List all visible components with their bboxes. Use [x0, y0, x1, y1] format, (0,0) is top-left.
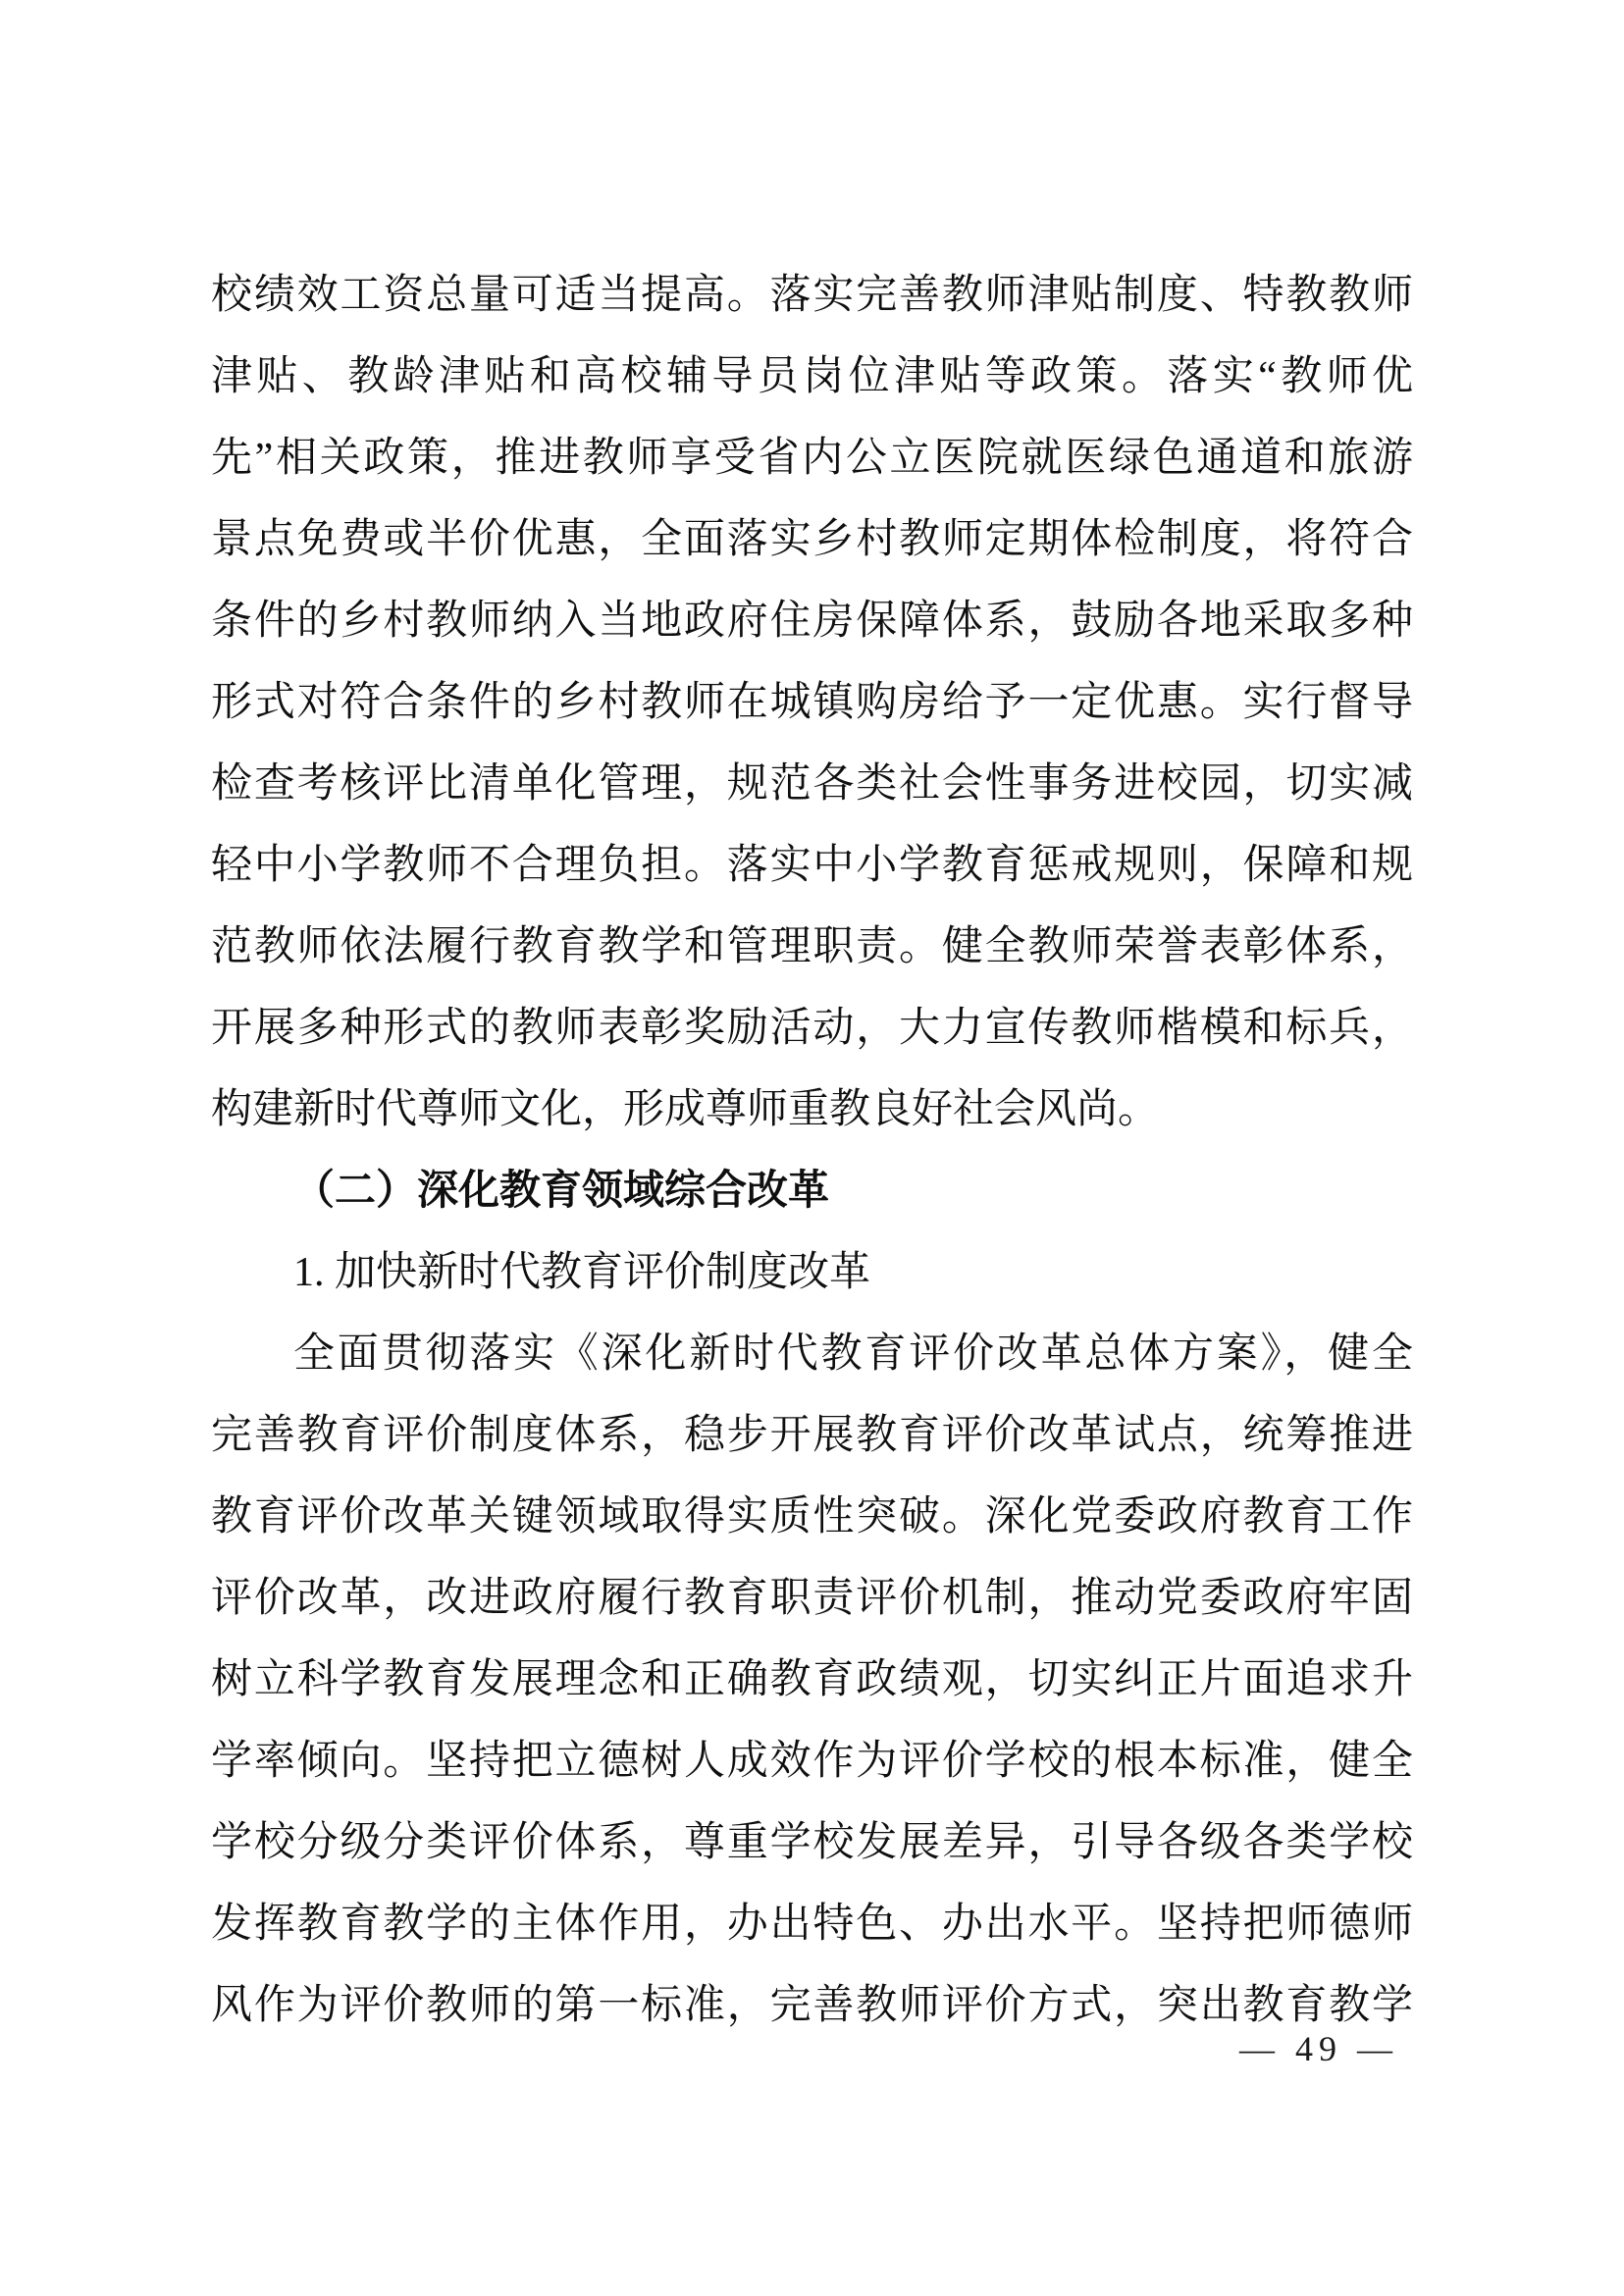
- numbered-item: 1. 加快新时代教育评价制度改革: [211, 1232, 1413, 1314]
- body-line: 全面贯彻落实《深化新时代教育评价改革总体方案》，健全: [211, 1314, 1413, 1395]
- body-line: 风作为评价教师的第一标准，完善教师评价方式，突出教育教学: [211, 1965, 1413, 2047]
- body-line: 条件的乡村教师纳入当地政府住房保障体系，鼓励各地采取多种: [211, 581, 1413, 662]
- body-line: 发挥教育教学的主体作用，办出特色、办出水平。坚持把师德师: [211, 1884, 1413, 1965]
- page-number: — 49 —: [1239, 2029, 1398, 2068]
- body-line: 教育评价改革关键领域取得实质性突破。深化党委政府教育工作: [211, 1477, 1413, 1558]
- body-line: 开展多种形式的教师表彰奖励活动，大力宣传教师楷模和标兵，: [211, 988, 1413, 1070]
- body-line: 检查考核评比清单化管理，规范各类社会性事务进校园，切实减: [211, 744, 1413, 825]
- body-line: 景点免费或半价优惠，全面落实乡村教师定期体检制度，将符合: [211, 499, 1413, 581]
- body-line: 构建新时代尊师文化，形成尊师重教良好社会风尚。: [211, 1070, 1413, 1151]
- body-line: 范教师依法履行教育教学和管理职责。健全教师荣誉表彰体系，: [211, 907, 1413, 988]
- body-line: 完善教育评价制度体系，稳步开展教育评价改革试点，统筹推进: [211, 1395, 1413, 1477]
- body-line: 形式对符合条件的乡村教师在城镇购房给予一定优惠。实行督导: [211, 662, 1413, 744]
- body-line: 先”相关政策，推进教师享受省内公立医院就医绿色通道和旅游: [211, 418, 1413, 499]
- section-heading: （二）深化教育领域综合改革: [211, 1151, 1413, 1232]
- body-line: 学校分级分类评价体系，尊重学校发展差异，引导各级各类学校: [211, 1802, 1413, 1884]
- document-body: 校绩效工资总量可适当提高。落实完善教师津贴制度、特教教师 津贴、教龄津贴和高校辅…: [211, 255, 1413, 2047]
- body-line: 树立科学教育发展理念和正确教育政绩观，切实纠正片面追求升: [211, 1640, 1413, 1721]
- body-line: 校绩效工资总量可适当提高。落实完善教师津贴制度、特教教师: [211, 255, 1413, 337]
- document-page: 校绩效工资总量可适当提高。落实完善教师津贴制度、特教教师 津贴、教龄津贴和高校辅…: [0, 0, 1624, 2296]
- body-line: 学率倾向。坚持把立德树人成效作为评价学校的根本标准，健全: [211, 1721, 1413, 1802]
- body-line: 津贴、教龄津贴和高校辅导员岗位津贴等政策。落实“教师优: [211, 337, 1413, 418]
- body-line: 轻中小学教师不合理负担。落实中小学教育惩戒规则，保障和规: [211, 825, 1413, 907]
- body-line: 评价改革，改进政府履行教育职责评价机制，推动党委政府牢固: [211, 1558, 1413, 1640]
